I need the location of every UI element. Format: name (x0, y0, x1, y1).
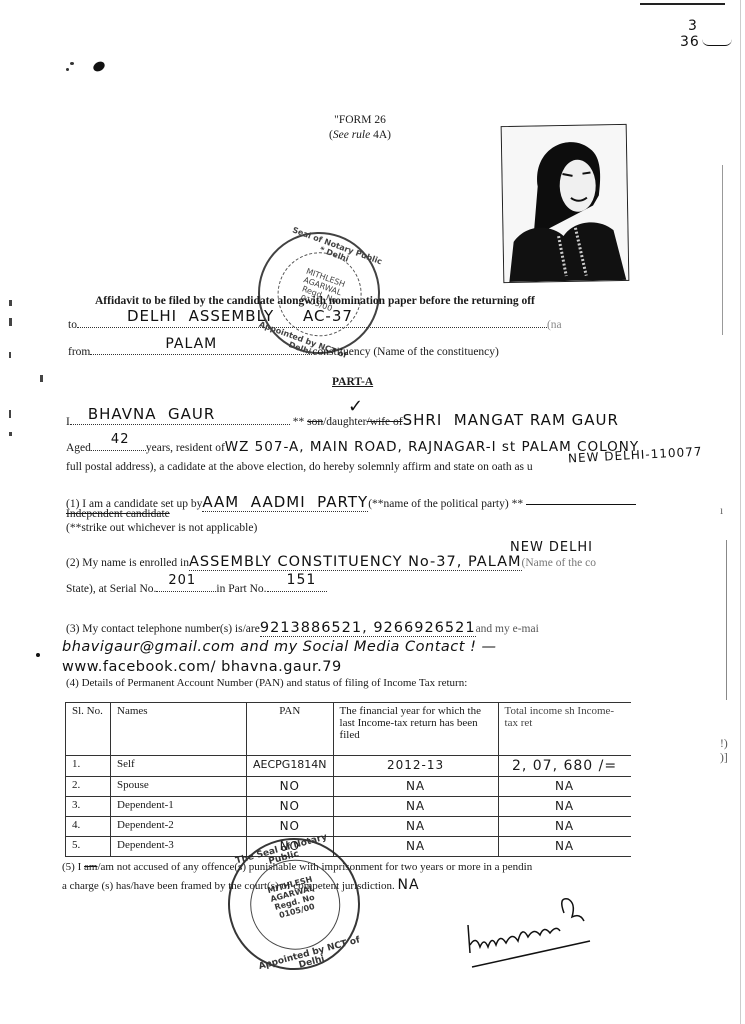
margin-mark: )] (720, 752, 728, 764)
table-row: 5. Dependent-3 NO NA NA (66, 837, 631, 857)
pan-value: AECPG1814N (247, 756, 334, 777)
margin-mark: !) (720, 738, 728, 750)
part-heading: PART-A (332, 376, 373, 388)
right-edge-line (722, 165, 723, 335)
scan-edge-mark (9, 410, 11, 418)
affidavit-heading: Affidavit to be filed by the candidate a… (95, 295, 535, 307)
table-row: 4. Dependent-2 NO NA NA (66, 817, 631, 837)
form-header: "FORM 26 (See rule 4A) (320, 113, 400, 143)
page-number-top: 3 (680, 18, 732, 34)
independent-struck: Independent candidate (66, 508, 170, 520)
item5-answer: NA (397, 877, 419, 893)
top-border-line (640, 3, 725, 5)
checkmark-icon: ✓ (348, 396, 364, 417)
right-edge-line (726, 540, 727, 700)
scan-edge-mark (9, 318, 12, 326)
item2-line: (2) My name is enrolled inASSEMBLY CONST… (66, 554, 596, 570)
oath-text: full postal address), a cadidate at the … (66, 461, 533, 473)
ink-smudge (92, 60, 107, 74)
to-line: to DELHI ASSEMBLY AC-37 (na (68, 313, 562, 331)
table-row: 3. Dependent-1 NO NA NA (66, 797, 631, 817)
rule-reference: (See rule 4A) (320, 128, 400, 143)
candidate-photo (501, 124, 630, 283)
from-value: PALAM (165, 336, 217, 352)
strike-note: (**strike out whichever is not applicabl… (66, 522, 257, 534)
item3-line: (3) My contact telephone number(s) is/ar… (66, 620, 539, 636)
serial-no: 201 (168, 573, 196, 588)
state-value: NEW DELHI (510, 540, 593, 555)
father-name: SHRI MANGAT RAM GAUR (403, 411, 619, 429)
signature: bhavna gaur (460, 895, 610, 975)
table-header-row: Sl. No. Names PAN The financial year for… (66, 703, 631, 756)
page-number-bottom: 36 (680, 34, 732, 50)
table-row: 2. Spouse NO NA NA (66, 777, 631, 797)
col-header-pan: PAN (247, 703, 334, 756)
part-no: 151 (287, 572, 317, 588)
serial-line: State), at Serial No. 201 in Part No. 15… (66, 579, 327, 595)
declarant-name: BHAVNA GAUR (88, 405, 215, 423)
declarant-line: I BHAVNA GAUR ** son/daughter/wife ofSHR… (66, 411, 619, 429)
scan-edge-mark (40, 375, 43, 382)
signature-scribble-icon (460, 895, 610, 975)
col-header-sl: Sl. No. (66, 703, 111, 756)
item4-heading: (4) Details of Permanent Account Number … (66, 677, 467, 689)
scan-edge-mark (9, 432, 12, 436)
portrait-icon (502, 125, 629, 282)
scan-edge-mark (9, 300, 12, 306)
pan-table: Sl. No. Names PAN The financial year for… (65, 702, 631, 857)
phone-numbers: 9213886521, 9266926521 (260, 620, 476, 637)
ink-speck (66, 68, 69, 71)
ink-speck (70, 62, 74, 65)
right-edge-line (740, 0, 741, 1024)
table-row: 1. Self AECPG1814N 2012-13 2, 07, 680 /= (66, 756, 631, 777)
page-number-annotation: 3 36 (680, 18, 732, 50)
party-name: AAM AADMI PARTY (202, 493, 368, 512)
email-social-line: bhavigaur@gmail.com and my Social Media … (62, 639, 497, 655)
address-line: Aged 42 years, resident ofWZ 507-A, MAIN… (66, 438, 639, 455)
col-header-year: The financial year for which the last In… (333, 703, 498, 756)
constituency-value: ASSEMBLY CONSTITUENCY No-37, PALAM (189, 554, 522, 571)
margin-mark: ı (720, 505, 723, 517)
scan-edge-mark (9, 352, 11, 358)
to-value: DELHI ASSEMBLY AC-37 (127, 307, 353, 325)
col-header-names: Names (111, 703, 247, 756)
age-value: 42 (111, 432, 130, 447)
bullet-dot (36, 653, 40, 657)
form-title: "FORM 26 (320, 113, 400, 128)
social-url: www.facebook.com/ bhavna.gaur.79 (62, 659, 342, 675)
from-line: from PALAM constituency (Name of the con… (68, 342, 499, 358)
col-header-income: Total income sh Income-tax ret (498, 703, 631, 756)
